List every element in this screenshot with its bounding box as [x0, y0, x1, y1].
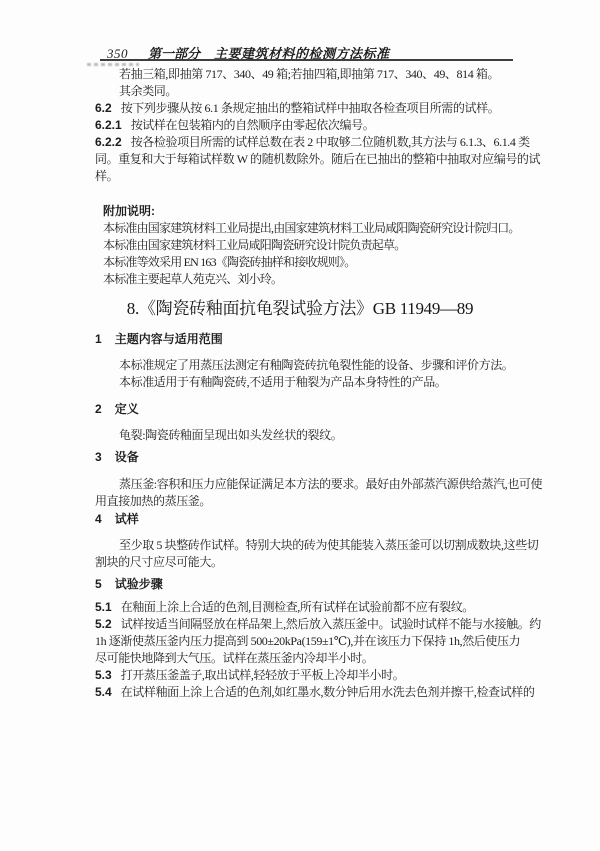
section-heading-1: 1主题内容与适用范围 [95, 332, 223, 346]
clause-text: 按试样在包装箱内的自然顺序由零起依次编号。 [131, 118, 375, 132]
clause-number: 5.2 [95, 617, 112, 631]
header-rule [100, 59, 513, 61]
clause-number: 5.3 [95, 668, 112, 682]
section-heading-2: 2定义 [95, 402, 139, 416]
clause-number: 6.2.1 [95, 118, 122, 132]
intro-line-2: 其余类同。 [119, 84, 177, 98]
section-1-paragraph: 本标准适用于有釉陶瓷砖,不适用于釉裂为产品本身特性的产品。 [119, 375, 446, 389]
section-heading-5: 5试验步骤 [95, 577, 163, 591]
clause-text: 在试样釉面上涂上合适的色剂,如红墨水,数分钟后用水洗去色剂并擦干,检查试样的 [121, 685, 535, 699]
clause-5-1: 5.1在釉面上涂上合适的色剂,目测检查,所有试样在试验前都不应有裂纹。 [95, 600, 474, 614]
section-3-paragraph: 用直接加热的蒸压釜。 [95, 494, 211, 508]
clause-6-2: 6.2按下列步骤从按 6.1 条规定抽出的整箱试样中抽取各检查项目所需的试样。 [95, 101, 499, 115]
section-heading-4: 4试样 [95, 512, 139, 526]
clause-5-2-cont: 尽可能快地降到大气压。试样在蒸压釜内冷却半小时。 [95, 651, 373, 665]
section-number: 3 [95, 450, 102, 464]
addendum-line-1: 本标准由国家建筑材料工业局提出,由国家建筑材料工业局咸阳陶瓷研究设计院归口。 [103, 221, 520, 235]
clause-6-2-2: 6.2.2按各检验项目所需的试样总数在表 2 中取够二位随机数,其方法与 6.1… [95, 135, 530, 149]
section-number: 5 [95, 577, 102, 591]
section-number: 1 [95, 332, 102, 346]
clause-6-2-2-cont: 样。 [95, 169, 118, 183]
document-page: 350第一部分主要建筑材料的检测方法标准 若抽三箱,即抽第 717、340、49… [0, 0, 600, 851]
section-label: 试样 [115, 512, 139, 526]
clause-text: 试样按适当间隔竖放在样品架上,然后放入蒸压釜中。试验时试样不能与水接触。约 [121, 617, 541, 631]
section-2-paragraph: 龟裂:陶瓷砖釉面呈现出如头发丝状的裂纹。 [119, 428, 342, 442]
clause-6-2-1: 6.2.1按试样在包装箱内的自然顺序由零起依次编号。 [95, 118, 374, 132]
clause-6-2-2-cont: 同。重复和大于每箱试样数 W 的随机数除外。随后在已抽出的整箱中抽取对应编号的试 [95, 152, 540, 166]
section-label: 设备 [115, 450, 139, 464]
addendum-line-2: 本标准由国家建筑材料工业局咸阳陶瓷研究设计院负责起草。 [103, 238, 405, 252]
section-number: 2 [95, 402, 102, 416]
clause-text: 在釉面上涂上合适的色剂,目测检查,所有试样在试验前都不应有裂纹。 [121, 600, 474, 614]
scan-artifact [87, 63, 139, 66]
section-4-paragraph: 至少取 5 块整砖作试样。特别大块的砖为使其能装入蒸压釜可以切割成数块,这些切 [119, 538, 538, 552]
clause-text: 按各检验项目所需的试样总数在表 2 中取够二位随机数,其方法与 6.1.3、6.… [131, 135, 530, 149]
clause-text: 按下列步骤从按 6.1 条规定抽出的整箱试样中抽取各检查项目所需的试样。 [121, 101, 500, 115]
clause-5-4: 5.4在试样釉面上涂上合适的色剂,如红墨水,数分钟后用水洗去色剂并擦干,检查试样… [95, 685, 535, 699]
clause-number: 5.4 [95, 685, 112, 699]
clause-number: 5.1 [95, 600, 112, 614]
section-1-paragraph: 本标准规定了用蒸压法测定有釉陶瓷砖抗龟裂性能的设备、步骤和评价方法。 [119, 358, 513, 372]
addendum-line-3: 本标准等效采用 EN 163《陶瓷砖抽样和接收规则》。 [103, 255, 355, 269]
clause-5-2-cont: 1h 逐渐使蒸压釜内压力提高到 500±20kPa(159±1℃),并在该压力下… [95, 634, 520, 648]
clause-5-2: 5.2试样按适当间隔竖放在样品架上,然后放入蒸压釜中。试验时试样不能与水接触。约 [95, 617, 541, 631]
section-label: 定义 [115, 402, 139, 416]
section-heading-3: 3设备 [95, 450, 139, 464]
clause-number: 6.2 [95, 101, 112, 115]
intro-line-1: 若抽三箱,即抽第 717、340、49 箱;若抽四箱,即抽第 717、340、4… [119, 67, 499, 81]
section-number: 4 [95, 512, 102, 526]
addendum-heading: 附加说明: [103, 204, 155, 218]
clause-text: 打开蒸压釜盖子,取出试样,轻轻放于平板上冷却半小时。 [121, 668, 405, 682]
section-label: 试验步骤 [115, 577, 163, 591]
standard-title: 8.《陶瓷砖釉面抗龟裂试验方法》GB 11949—89 [0, 294, 600, 319]
addendum-line-4: 本标准主要起草人苑克兴、刘小玲。 [103, 272, 282, 286]
section-label: 主题内容与适用范围 [115, 332, 223, 346]
section-4-paragraph: 割块的尺寸应尽可能大。 [95, 555, 223, 569]
clause-number: 6.2.2 [95, 135, 122, 149]
clause-5-3: 5.3打开蒸压釜盖子,取出试样,轻轻放于平板上冷却半小时。 [95, 668, 404, 682]
section-3-paragraph: 蒸压釜:容积和压力应能保证满足本方法的要求。最好由外部蒸汽源供给蒸汽,也可使 [119, 477, 542, 491]
